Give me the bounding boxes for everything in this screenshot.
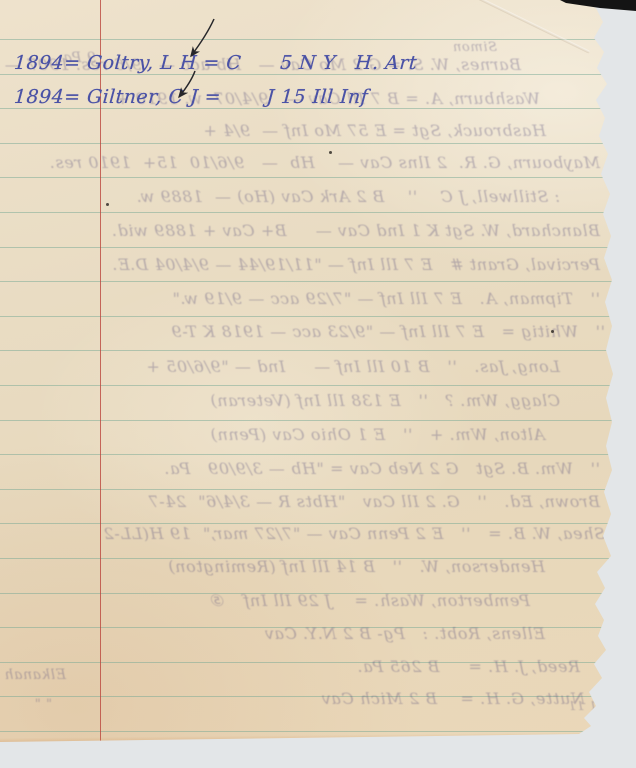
dust-speck xyxy=(329,151,332,154)
paper-artifacts xyxy=(0,0,636,768)
scanned-document: SimonBarnes, W. S. = G 2 Mo Cav — Hb acc… xyxy=(0,0,636,768)
dust-speck xyxy=(551,330,554,333)
paper-crease xyxy=(438,0,590,54)
dust-speck xyxy=(106,203,109,206)
notebook-page: SimonBarnes, W. S. = G 2 Mo Cav — Hb acc… xyxy=(0,0,636,768)
